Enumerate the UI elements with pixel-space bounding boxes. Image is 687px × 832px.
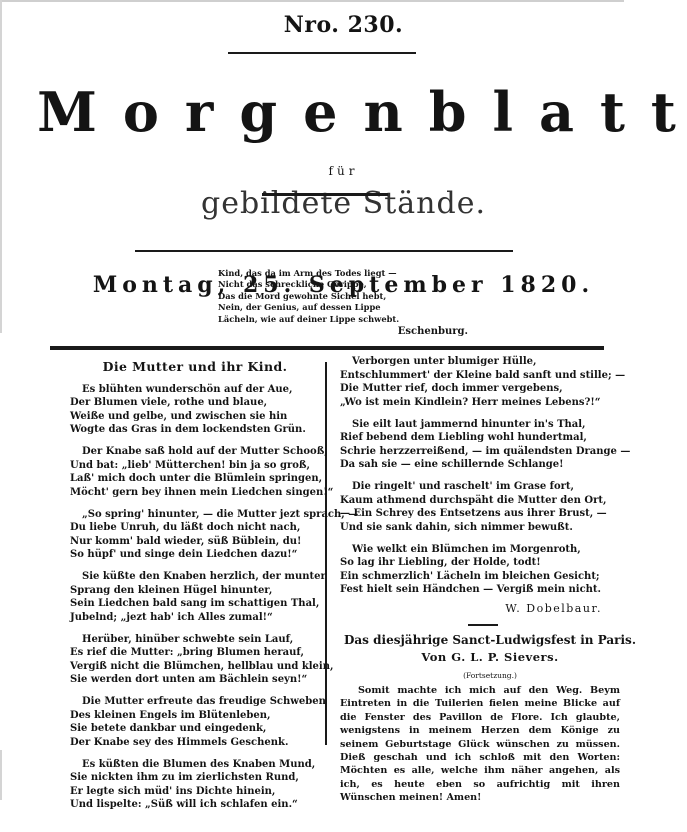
- poem-stanza: Es küßten die Blumen des Knaben Mund, Si…: [70, 758, 320, 812]
- poem-line: Jubelnd; „jezt hab' ich Alles zumal!“: [70, 611, 320, 625]
- poem-line: — Ein Schrey des Entsetzens aus ihrer Br…: [340, 507, 640, 521]
- article-title: Das diesjährige Sanct-Ludwigsfest in Par…: [340, 634, 640, 648]
- poem-stanza: Sie küßte den Knaben herzlich, der munte…: [70, 570, 320, 624]
- poem-stanza: Die Mutter erfreute das freudige Schwebe…: [70, 695, 320, 749]
- epigraph-line: Kind, das da im Arm des Todes liegt —: [218, 268, 468, 279]
- frame-border-left-lower: [0, 750, 2, 800]
- poem-line: Kaum athmend durchspäht die Mutter den O…: [340, 494, 640, 508]
- poem-line: So hüpf' und singe dein Liedchen dazu!“: [70, 548, 320, 562]
- poem-stanza: Wie welkt ein Blümchen im Morgenroth, So…: [340, 543, 640, 597]
- rule-under-subtitle: [262, 193, 388, 196]
- poem-line: „So spring' hinunter, — die Mutter jezt …: [70, 508, 320, 522]
- poem-line: Ein schmerzlich' Lächeln im bleichen Ges…: [340, 570, 640, 584]
- epigraph-line: Nicht das schreckliche Gerippe,: [218, 279, 468, 290]
- masthead-subtitle: gebildete Stände.: [0, 186, 687, 221]
- poem-line: Laß' mich doch unter die Blümlein spring…: [70, 472, 320, 486]
- poem-line: Und sie sank dahin, sich nimmer bewußt.: [340, 521, 640, 535]
- poem-line: Die Mutter erfreute das freudige Schwebe…: [70, 695, 320, 709]
- poem-line: Es küßten die Blumen des Knaben Mund,: [70, 758, 320, 772]
- section-rule: [50, 346, 604, 350]
- newspaper-page: Nro. 230. Morgenblatt für gebildete Stän…: [0, 0, 687, 832]
- column-divider: [325, 362, 327, 745]
- poem-line: Fest hielt sein Händchen — Vergiß mein n…: [340, 583, 640, 597]
- poem-line: Er legte sich müd' ins Dichte hinein,: [70, 785, 320, 799]
- poem-line: Sie werden dort unten am Bächlein seyn!“: [70, 673, 320, 687]
- article-paragraph: Somit machte ich mich auf den Weg. Beym …: [340, 684, 620, 805]
- poem-line: Des kleinen Engels im Blütenleben,: [70, 709, 320, 723]
- poem-line: Sie eilt laut jammernd hinunter in's Tha…: [340, 418, 640, 432]
- epigraph-line: Nein, der Genius, auf dessen Lippe: [218, 302, 468, 313]
- epigraph-line: Lächeln, wie auf deiner Lippe schwebt.: [218, 314, 468, 325]
- rule-under-issue: [228, 52, 416, 54]
- poem-line: Der Knabe sey des Himmels Geschenk.: [70, 736, 320, 750]
- poem-line: Herüber, hinüber schwebte sein Lauf,: [70, 633, 320, 647]
- poem-line: Möcht' gern bey ihnen mein Liedchen sing…: [70, 486, 320, 500]
- poem-line: Es rief die Mutter: „bring Blumen herauf…: [70, 646, 320, 660]
- poem-stanza: Der Knabe saß hold auf der Mutter Schooß…: [70, 445, 320, 499]
- poem-stanza: Die ringelt' und raschelt' im Grase fort…: [340, 480, 640, 534]
- issue-number: Nro. 230.: [0, 12, 687, 38]
- poem-line: Wogte das Gras in dem lockendsten Grün.: [70, 423, 320, 437]
- poem-line: Nur komm' bald wieder, süß Büblein, du!: [70, 535, 320, 549]
- poem-line: Und bat: „lieb' Mütterchen! bin ja so gr…: [70, 459, 320, 473]
- poem-line: Sein Liedchen bald sang im schattigen Th…: [70, 597, 320, 611]
- poem-line: Wie welkt ein Blümchen im Morgenroth,: [340, 543, 640, 557]
- article-author: Von G. L. P. Sievers.: [340, 651, 640, 665]
- poem-line: Sie nickten ihm zu im zierlichsten Rund,: [70, 771, 320, 785]
- masthead-connector: für: [0, 164, 687, 178]
- poem-line: Sie betete dankbar und eingedenk,: [70, 722, 320, 736]
- poem-line: Schrie herzzerreißend, — im quälendsten …: [340, 445, 640, 459]
- poem-line: Der Blumen viele, rothe und blaue,: [70, 396, 320, 410]
- poem-stanza: „So spring' hinunter, — die Mutter jezt …: [70, 508, 320, 562]
- poem-line: Rief bebend dem Liebling wohl hundertmal…: [340, 431, 640, 445]
- epigraph-author: Eschenburg.: [218, 326, 468, 337]
- column-left: Die Mutter und ihr Kind. Es blühten wund…: [70, 360, 320, 820]
- epigraph: Kind, das da im Arm des Todes liegt — Ni…: [218, 268, 468, 337]
- poem-stanza: Sie eilt laut jammernd hinunter in's Tha…: [340, 418, 640, 472]
- masthead-title: Morgenblatt: [0, 80, 687, 144]
- poem-title: Die Mutter und ihr Kind.: [70, 360, 320, 374]
- poem-line: Sprang den kleinen Hügel hinunter,: [70, 584, 320, 598]
- poem-line: Weiße und gelbe, und zwischen sie hin: [70, 410, 320, 424]
- poem-line: Du liebe Unruh, du läßt doch nicht nach,: [70, 521, 320, 535]
- poem-line: Die Mutter rief, doch immer vergebens,: [340, 382, 640, 396]
- poem-stanza: Es blühten wunderschön auf der Aue, Der …: [70, 383, 320, 437]
- column-right: Verborgen unter blumiger Hülle, Entschlu…: [340, 355, 640, 805]
- poem-line: Da sah sie — eine schillernde Schlange!: [340, 458, 640, 472]
- poem-line: „Wo ist mein Kindlein? Herr meines Leben…: [340, 396, 640, 410]
- frame-border-top: [0, 0, 624, 2]
- article-note: (Fortsetzung.): [340, 669, 640, 683]
- poem-line: So lag ihr Liebling, der Holde, todt!: [340, 556, 640, 570]
- poem-stanza: Verborgen unter blumiger Hülle, Entschlu…: [340, 355, 640, 409]
- rule-short: [468, 624, 498, 626]
- poem-line: Und lispelte: „Süß will ich schlafen ein…: [70, 798, 320, 812]
- rule-under-date: [135, 250, 513, 252]
- poem-line: Verborgen unter blumiger Hülle,: [340, 355, 640, 369]
- epigraph-line: Das die Mord gewohnte Sichel hebt,: [218, 291, 468, 302]
- poem-line: Der Knabe saß hold auf der Mutter Schooß…: [70, 445, 320, 459]
- poem-stanza: Herüber, hinüber schwebte sein Lauf, Es …: [70, 633, 320, 687]
- poem-line: Entschlummert' der Kleine bald sanft und…: [340, 369, 640, 383]
- poem-line: Es blühten wunderschön auf der Aue,: [70, 383, 320, 397]
- poem-line: Vergiß nicht die Blümchen, hellblau und …: [70, 660, 320, 674]
- poem-line: Sie küßte den Knaben herzlich, der munte…: [70, 570, 320, 584]
- poem-line: Die ringelt' und raschelt' im Grase fort…: [340, 480, 640, 494]
- poem-author: W. Dobelbaur.: [340, 602, 640, 616]
- article-body: Somit machte ich mich auf den Weg. Beym …: [340, 684, 620, 805]
